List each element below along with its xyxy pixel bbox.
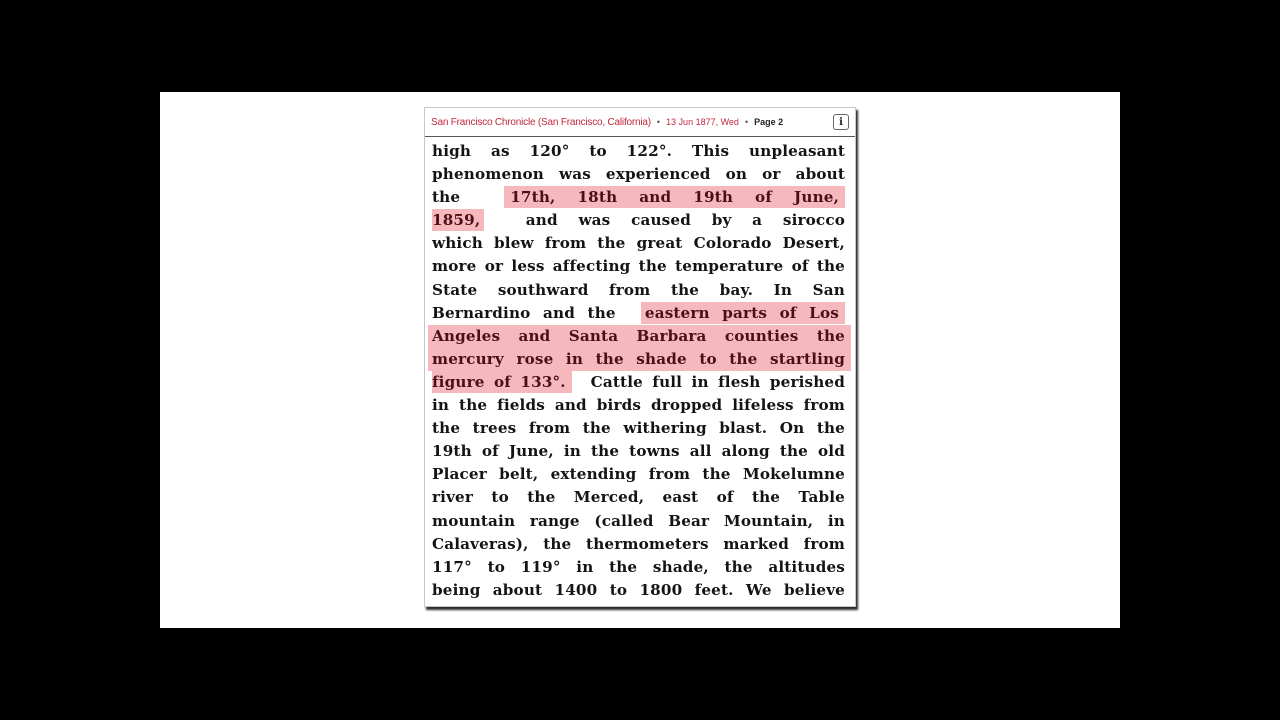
text-line: in the fields and birds dropped lifeless… xyxy=(432,394,845,417)
text-line: river to the Merced, east of the Table xyxy=(432,486,845,509)
date-link[interactable]: 13 Jun 1877, Wed xyxy=(666,117,739,127)
newspaper-clipping: San Francisco Chronicle (San Francisco, … xyxy=(424,107,856,607)
text-line: 1859, and was caused by a sirocco xyxy=(432,209,845,232)
text-line: Placer belt, extending from the Mokelumn… xyxy=(432,463,845,486)
text-line: high as 120° to 122°. This unpleasant xyxy=(432,140,845,163)
highlight: eastern parts of Los xyxy=(641,302,845,324)
highlight: 1859, xyxy=(432,209,484,231)
publication-link[interactable]: San Francisco Chronicle (San Francisco, … xyxy=(431,117,651,128)
text-line: Bernardino and the eastern parts of Los xyxy=(432,302,845,325)
text-line: 117° to 119° in the shade, the altitudes xyxy=(432,556,845,579)
separator: • xyxy=(657,117,660,127)
text-line: more or less affecting the temperature o… xyxy=(432,255,845,278)
text-line: phenomenon was experienced on or about xyxy=(432,163,845,186)
page-link[interactable]: Page 2 xyxy=(754,117,783,127)
text-line: which blew from the great Colorado Deser… xyxy=(432,232,845,255)
text-line: the 17th, 18th and 19th of June, xyxy=(432,186,845,209)
text-line: 19th of June, in the towns all along the… xyxy=(432,440,845,463)
info-icon[interactable]: i xyxy=(833,114,849,130)
article-text: high as 120° to 122°. This unpleasant ph… xyxy=(425,137,855,602)
clipping-header: San Francisco Chronicle (San Francisco, … xyxy=(425,108,855,137)
separator: • xyxy=(745,117,748,127)
text-line: the trees from the withering blast. On t… xyxy=(432,417,845,440)
text-line: figure of 133°. Cattle full in flesh per… xyxy=(432,371,845,394)
text-line: mountain range (called Bear Mountain, in xyxy=(432,510,845,533)
highlight-line: mercury rose in the shade to the startli… xyxy=(428,348,851,371)
highlight: 17th, 18th and 19th of June, xyxy=(504,186,845,208)
highlight-line: Angeles and Santa Barbara counties the xyxy=(428,325,851,348)
text-line: State southward from the bay. In San xyxy=(432,279,845,302)
text-line: being about 1400 to 1800 feet. We believ… xyxy=(432,579,845,602)
text-line: Calaveras), the thermometers marked from xyxy=(432,533,845,556)
highlight: figure of 133°. xyxy=(432,371,572,393)
